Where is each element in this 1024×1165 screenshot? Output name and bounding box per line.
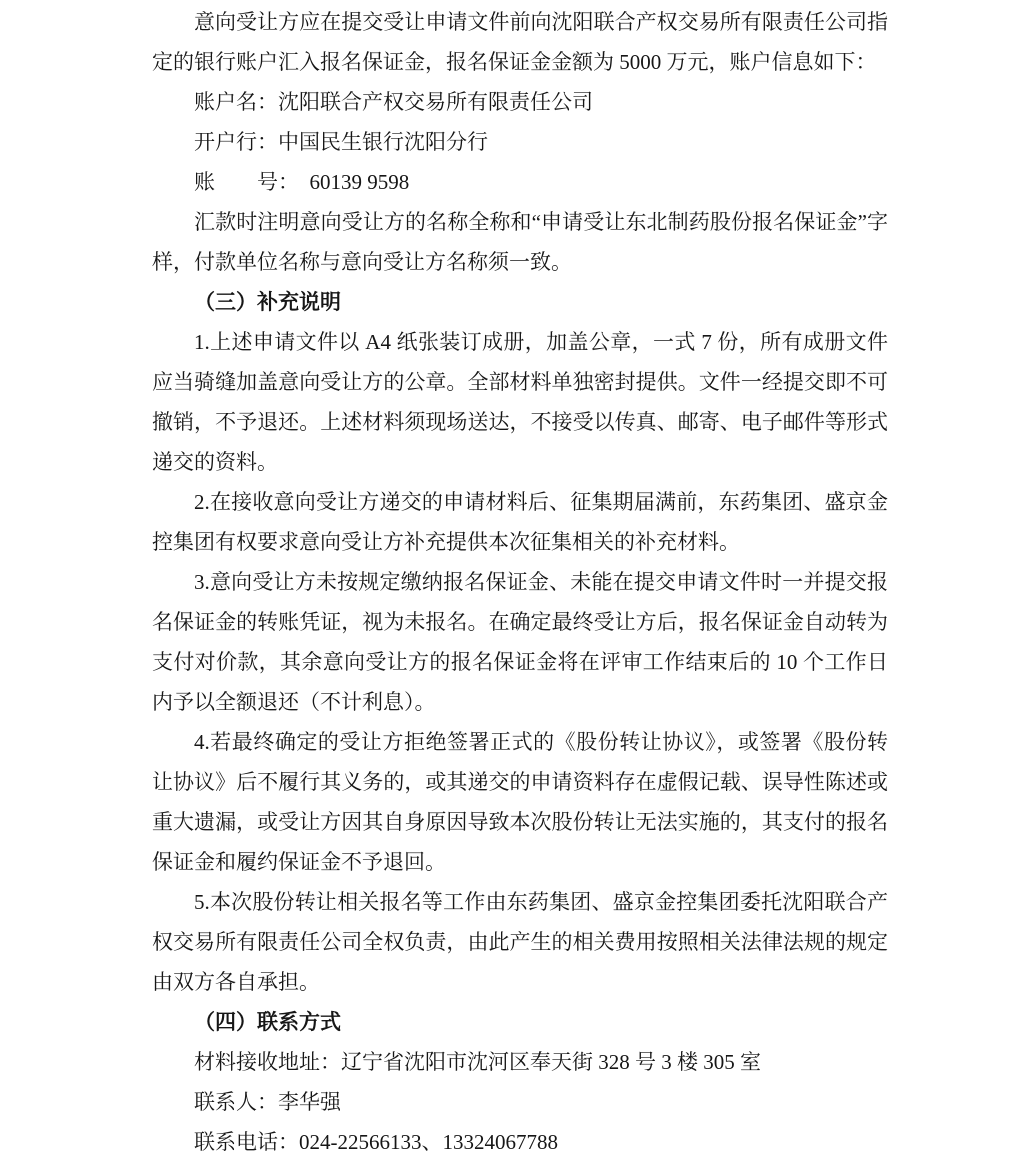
supplement-item-3: 3.意向受让方未按规定缴纳报名保证金、未能在提交申请文件时一并提交报名保证金的转…	[152, 562, 888, 722]
document-body: 意向受让方应在提交受让申请文件前向沈阳联合产权交易所有限责任公司指定的银行账户汇…	[152, 2, 888, 1162]
document-page: 意向受让方应在提交受让申请文件前向沈阳联合产权交易所有限责任公司指定的银行账户汇…	[0, 0, 1024, 1165]
account-number-line: 账 号： 60139 9598	[152, 162, 888, 202]
bank-branch-line: 开户行：中国民生银行沈阳分行	[152, 122, 888, 162]
contact-person-line: 联系人：李华强	[152, 1082, 888, 1122]
section-heading-contact: （四）联系方式	[152, 1002, 888, 1042]
paragraph-deposit-intro: 意向受让方应在提交受让申请文件前向沈阳联合产权交易所有限责任公司指定的银行账户汇…	[152, 2, 888, 82]
supplement-item-1: 1.上述申请文件以 A4 纸张装订成册，加盖公章，一式 7 份，所有成册文件应当…	[152, 322, 888, 482]
section-heading-supplementary: （三）补充说明	[152, 282, 888, 322]
supplement-item-5: 5.本次股份转让相关报名等工作由东药集团、盛京金控集团委托沈阳联合产权交易所有限…	[152, 882, 888, 1002]
contact-phone-line: 联系电话：024-22566133、13324067788	[152, 1122, 888, 1162]
remittance-note: 汇款时注明意向受让方的名称全称和“申请受让东北制药股份报名保证金”字样，付款单位…	[152, 202, 888, 282]
supplement-item-2: 2.在接收意向受让方递交的申请材料后、征集期届满前，东药集团、盛京金控集团有权要…	[152, 482, 888, 562]
account-name-line: 账户名：沈阳联合产权交易所有限责任公司	[152, 82, 888, 122]
contact-address-line: 材料接收地址：辽宁省沈阳市沈河区奉天街 328 号 3 楼 305 室	[152, 1042, 888, 1082]
supplement-item-4: 4.若最终确定的受让方拒绝签署正式的《股份转让协议》，或签署《股份转让协议》后不…	[152, 722, 888, 882]
